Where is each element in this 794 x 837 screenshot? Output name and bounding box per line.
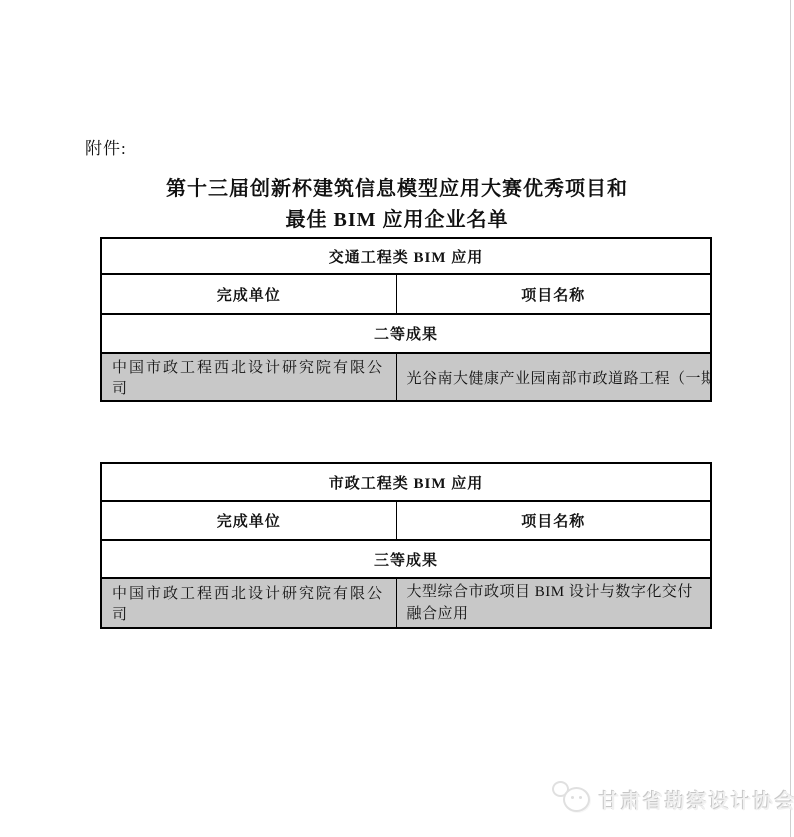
page-edge-line	[790, 0, 791, 837]
category-header: 市政工程类 BIM 应用	[101, 463, 711, 501]
speech-bubbles-logo-icon	[551, 780, 593, 818]
attachment-label: 附件:	[85, 134, 127, 159]
table-row: 中国市政工程西北设计研究院有限公司 光谷南大健康产业园南部市政道路工程（一期）	[101, 353, 711, 401]
award-level-header: 二等成果	[101, 314, 711, 353]
document-title-line2: 最佳 BIM 应用企业名单	[0, 205, 794, 236]
category-header: 交通工程类 BIM 应用	[101, 238, 711, 274]
table-row: 中国市政工程西北设计研究院有限公司 大型综合市政项目 BIM 设计与数字化交付融…	[101, 578, 711, 628]
column-header-unit: 完成单位	[101, 274, 396, 314]
table-row: 完成单位 项目名称	[101, 274, 711, 314]
table-row: 二等成果	[101, 314, 711, 353]
column-header-project: 项目名称	[396, 501, 711, 540]
project-cell: 光谷南大健康产业园南部市政道路工程（一期）	[396, 353, 711, 401]
document-page: 附件: 第十三届创新杯建筑信息模型应用大赛优秀项目和 最佳 BIM 应用企业名单…	[0, 0, 794, 837]
document-title-line1: 第十三届创新杯建筑信息模型应用大赛优秀项目和	[0, 174, 794, 205]
transport-bim-table: 交通工程类 BIM 应用 完成单位 项目名称 二等成果 中国市政工程西北设计研究…	[100, 237, 712, 402]
table-row: 完成单位 项目名称	[101, 501, 711, 540]
association-watermark: 甘肃省勘察设计协会	[551, 779, 794, 819]
unit-cell: 中国市政工程西北设计研究院有限公司	[101, 578, 396, 628]
document-title: 第十三届创新杯建筑信息模型应用大赛优秀项目和 最佳 BIM 应用企业名单	[0, 174, 794, 236]
column-header-project: 项目名称	[396, 274, 711, 314]
logo-big-bubble	[563, 787, 590, 812]
unit-cell: 中国市政工程西北设计研究院有限公司	[101, 353, 396, 401]
award-level-header: 三等成果	[101, 540, 711, 578]
table-row: 三等成果	[101, 540, 711, 578]
column-header-unit: 完成单位	[101, 501, 396, 540]
table-row: 交通工程类 BIM 应用	[101, 238, 711, 274]
project-cell: 大型综合市政项目 BIM 设计与数字化交付融合应用	[396, 578, 711, 628]
table-row: 市政工程类 BIM 应用	[101, 463, 711, 501]
watermark-text: 甘肃省勘察设计协会	[599, 785, 794, 814]
municipal-bim-table: 市政工程类 BIM 应用 完成单位 项目名称 三等成果 中国市政工程西北设计研究…	[100, 462, 712, 629]
